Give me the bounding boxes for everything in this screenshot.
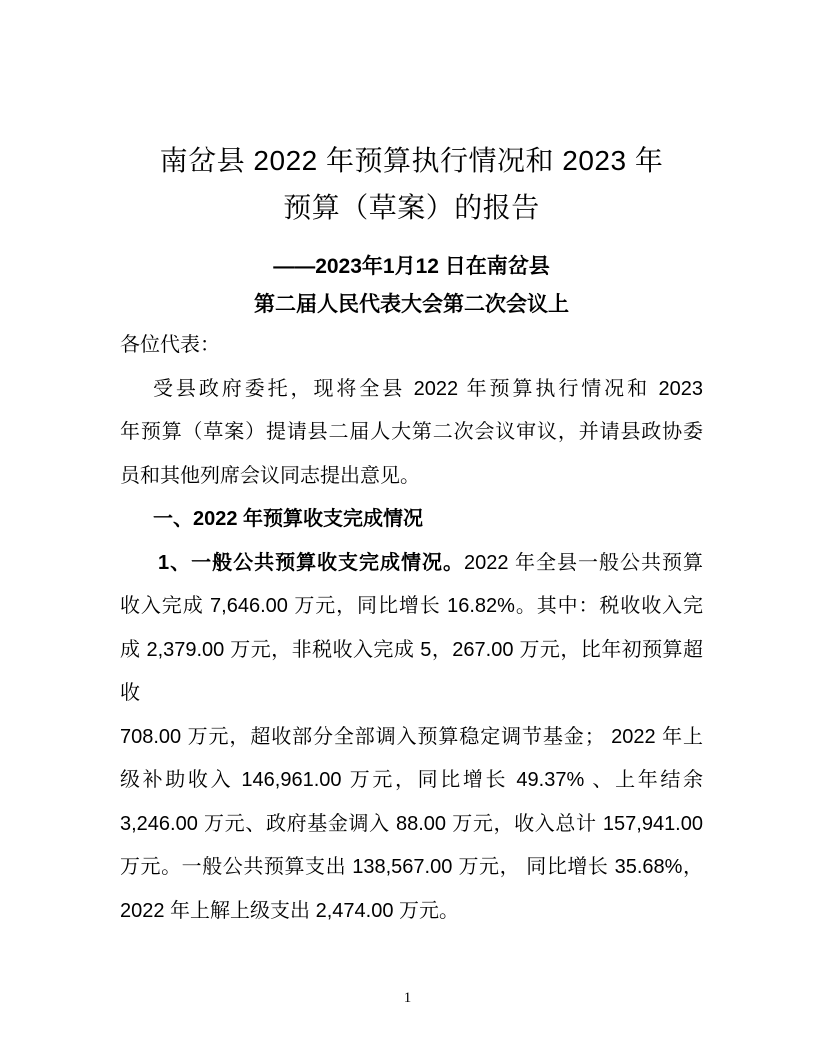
budget-paragraph-lead: 1、一般公共预算收支完成情况。 — [158, 552, 464, 574]
document-page: 南岔县 2022 年预算执行情况和 2023 年 预算（草案）的报告 ——202… — [0, 0, 815, 1055]
text-line: 员和其他列席会议同志提出意见。 — [120, 455, 703, 499]
text-line: 收入完成 7,646.00 万元，同比增长 16.82%。其中：税收收入完 — [120, 585, 703, 629]
section-1-heading: 一、2022 年预算收支完成情况 — [120, 498, 703, 542]
page-number: 1 — [0, 988, 815, 1008]
text-line: 2022 年上解上级支出 2,474.00 万元。 — [120, 890, 703, 934]
salutation: 各位代表： — [120, 324, 703, 368]
budget-paragraph-body: 收入完成 7,646.00 万元，同比增长 16.82%。其中：税收收入完成 2… — [120, 585, 703, 933]
title-line-2: 预算（草案）的报告 — [120, 184, 703, 231]
text-line: 708.00 万元，超收部分全部调入预算稳定调节基金； 2022 年上 — [120, 716, 703, 760]
meeting-line-1: ——2023年1月12 日在南岔县 — [120, 248, 703, 286]
budget-paragraph: 1、一般公共预算收支完成情况。2022 年全县一般公共预算 收入完成 7,646… — [120, 542, 703, 934]
document-title: 南岔县 2022 年预算执行情况和 2023 年 预算（草案）的报告 — [120, 137, 703, 231]
text-line: 万元。一般公共预算支出 138,567.00 万元， 同比增长 35.68%， — [120, 846, 703, 890]
text-line: 3,246.00 万元、政府基金调入 88.00 万元，收入总计 157,941… — [120, 803, 703, 847]
text-line: 年预算（草案）提请县二届人大第二次会议审议，并请县政协委 — [120, 411, 703, 455]
meeting-subtitle: ——2023年1月12 日在南岔县 第二届人民代表大会第二次会议上 — [120, 248, 703, 324]
meeting-line-2: 第二届人民代表大会第二次会议上 — [120, 286, 703, 324]
title-line-1: 南岔县 2022 年预算执行情况和 2023 年 — [120, 137, 703, 184]
intro-paragraph: 受县政府委托，现将全县 2022 年预算执行情况和 2023年预算（草案）提请县… — [120, 368, 703, 499]
text-line: 受县政府委托，现将全县 2022 年预算执行情况和 2023 — [120, 368, 703, 412]
text-line: 成 2,379.00 万元，非税收入完成 5，267.00 万元，比年初预算超收 — [120, 629, 703, 716]
document-content: 南岔县 2022 年预算执行情况和 2023 年 预算（草案）的报告 ——202… — [0, 137, 815, 933]
budget-paragraph-first-line-rest: 2022 年全县一般公共预算 — [464, 552, 703, 574]
budget-paragraph-first-line: 1、一般公共预算收支完成情况。2022 年全县一般公共预算 — [120, 542, 703, 586]
document-body: 各位代表： 受县政府委托，现将全县 2022 年预算执行情况和 2023年预算（… — [120, 324, 703, 933]
text-line: 级补助收入 146,961.00 万元，同比增长 49.37% 、上年结余 — [120, 759, 703, 803]
